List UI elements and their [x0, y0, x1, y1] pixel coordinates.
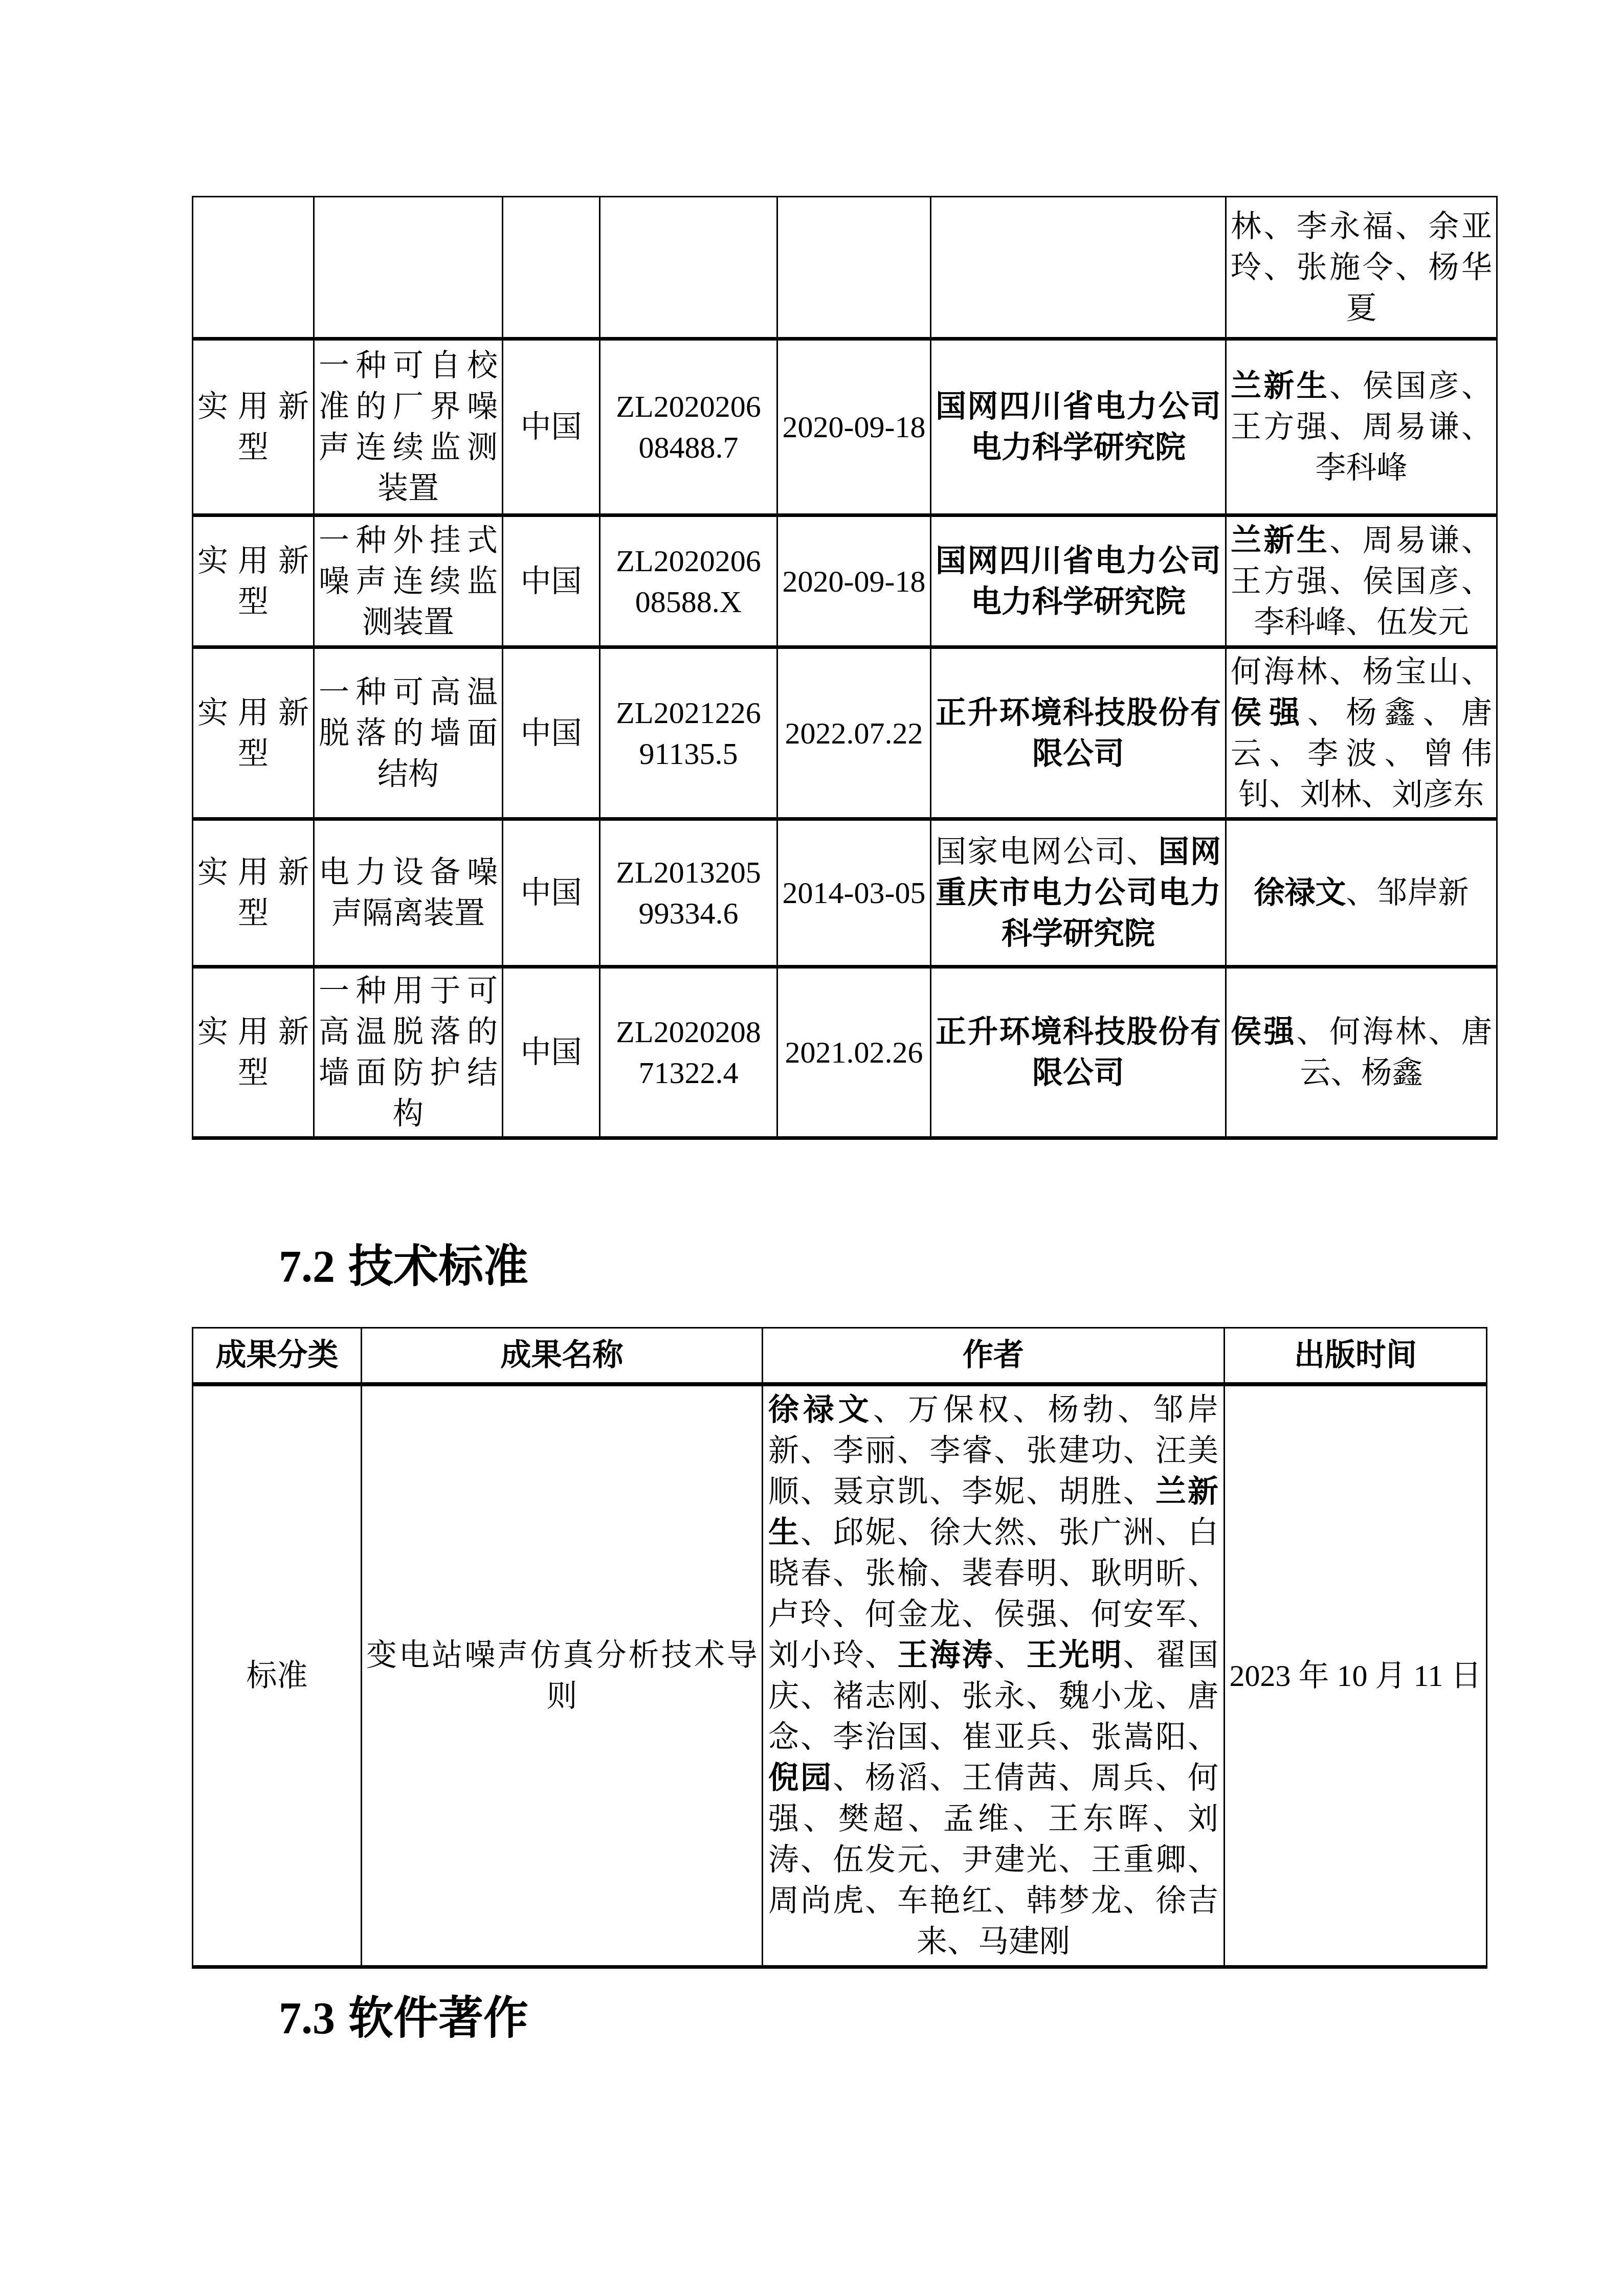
section-number: 7.2 [279, 1242, 335, 1292]
patent-type-cell: 实用新型 [193, 515, 314, 647]
patent-row: 实用新型 一种外挂式噪声连续监测装置 中国 ZL2020206 08588.X … [193, 515, 1497, 647]
date-cell: 2014-03-05 [777, 819, 931, 967]
document-page: 林、李永福、余亚玲、张施令、杨华夏 实用新型 一种可自校准的厂界噪声连续监测装置… [0, 0, 1624, 2296]
country-cell: 中国 [503, 967, 600, 1138]
inventors-cell: 侯强、何海林、唐云、杨鑫 [1226, 967, 1497, 1138]
inventors-cell: 林、李永福、余亚玲、张施令、杨华夏 [1226, 197, 1497, 339]
empty-cell [931, 197, 1226, 339]
header-publish-date: 出版时间 [1225, 1328, 1487, 1384]
patent-type-cell: 实用新型 [193, 967, 314, 1138]
patent-type-cell: 实用新型 [193, 647, 314, 819]
patent-name-cell: 一种可自校准的厂界噪声连续监测装置 [314, 339, 503, 515]
patent-row: 实用新型 电力设备噪声隔离装置 中国 ZL2013205 99334.6 201… [193, 819, 1497, 967]
date-cell: 2020-09-18 [777, 515, 931, 647]
patent-name-cell: 一种用于可高温脱落的墙面防护结构 [314, 967, 503, 1138]
patent-number-cell: ZL2020208 71322.4 [600, 967, 777, 1138]
empty-cell [193, 197, 314, 339]
country-cell: 中国 [503, 819, 600, 967]
header-name: 成果名称 [362, 1328, 763, 1384]
assignee-cell: 国家电网公司、国网重庆市电力公司电力科学研究院 [931, 819, 1226, 967]
standards-header-row: 成果分类 成果名称 作者 出版时间 [193, 1328, 1487, 1384]
patent-row: 实用新型 一种可高温脱落的墙面结构 中国 ZL2021226 91135.5 2… [193, 647, 1497, 819]
inventors-cell: 徐禄文、邹岸新 [1226, 819, 1497, 967]
inventors-cell: 兰新生、侯国彦、王方强、周易谦、李科峰 [1226, 339, 1497, 515]
patent-number-cell: ZL2021226 91135.5 [600, 647, 777, 819]
patent-name-cell: 一种外挂式噪声连续监测装置 [314, 515, 503, 647]
section-number: 7.3 [279, 1994, 335, 2043]
country-cell: 中国 [503, 515, 600, 647]
patent-table: 林、李永福、余亚玲、张施令、杨华夏 实用新型 一种可自校准的厂界噪声连续监测装置… [192, 196, 1498, 1140]
patent-row: 实用新型 一种可自校准的厂界噪声连续监测装置 中国 ZL2020206 0848… [193, 339, 1497, 515]
empty-cell [314, 197, 503, 339]
empty-cell [503, 197, 600, 339]
standard-name-cell: 变电站噪声仿真分析技术导则 [362, 1384, 763, 1967]
section-heading-7-3: 7.3软件著作 [279, 1982, 528, 2046]
assignee-cell: 国网四川省电力公司电力科学研究院 [931, 515, 1226, 647]
date-cell: 2020-09-18 [777, 339, 931, 515]
standards-table: 成果分类 成果名称 作者 出版时间 标准 变电站噪声仿真分析技术导则 徐禄文、万… [192, 1327, 1487, 1969]
patent-carryover-row: 林、李永福、余亚玲、张施令、杨华夏 [193, 197, 1497, 339]
patent-name-cell: 电力设备噪声隔离装置 [314, 819, 503, 967]
patent-number-cell: ZL2020206 08588.X [600, 515, 777, 647]
patent-number-cell: ZL2013205 99334.6 [600, 819, 777, 967]
category-cell: 标准 [193, 1384, 362, 1967]
section-heading-7-2: 7.2技术标准 [279, 1230, 528, 1295]
date-cell: 2021.02.26 [777, 967, 931, 1138]
patent-type-cell: 实用新型 [193, 339, 314, 515]
inventors-cell: 兰新生、周易谦、王方强、侯国彦、李科峰、伍发元 [1226, 515, 1497, 647]
empty-cell [600, 197, 777, 339]
assignee-cell: 正升环境科技股份有限公司 [931, 647, 1226, 819]
section-title: 软件著作 [348, 1992, 528, 2043]
inventors-cell: 何海林、杨宝山、侯强、杨鑫、唐云、李波、曾伟钊、刘林、刘彦东 [1226, 647, 1497, 819]
country-cell: 中国 [503, 647, 600, 819]
publish-date-cell: 2023 年 10 月 11 日 [1225, 1384, 1487, 1967]
assignee-cell: 正升环境科技股份有限公司 [931, 967, 1226, 1138]
standards-row: 标准 变电站噪声仿真分析技术导则 徐禄文、万保权、杨勃、邹岸新、李丽、李睿、张建… [193, 1384, 1487, 1967]
country-cell: 中国 [503, 339, 600, 515]
patent-name-cell: 一种可高温脱落的墙面结构 [314, 647, 503, 819]
section-title: 技术标准 [348, 1241, 528, 1291]
header-category: 成果分类 [193, 1328, 362, 1384]
header-authors: 作者 [763, 1328, 1225, 1384]
patent-type-cell: 实用新型 [193, 819, 314, 967]
patent-number-cell: ZL2020206 08488.7 [600, 339, 777, 515]
assignee-cell: 国网四川省电力公司电力科学研究院 [931, 339, 1226, 515]
empty-cell [777, 197, 931, 339]
patent-row: 实用新型 一种用于可高温脱落的墙面防护结构 中国 ZL2020208 71322… [193, 967, 1497, 1138]
date-cell: 2022.07.22 [777, 647, 931, 819]
authors-cell: 徐禄文、万保权、杨勃、邹岸新、李丽、李睿、张建功、汪美顺、聂京凯、李妮、胡胜、兰… [763, 1384, 1225, 1967]
